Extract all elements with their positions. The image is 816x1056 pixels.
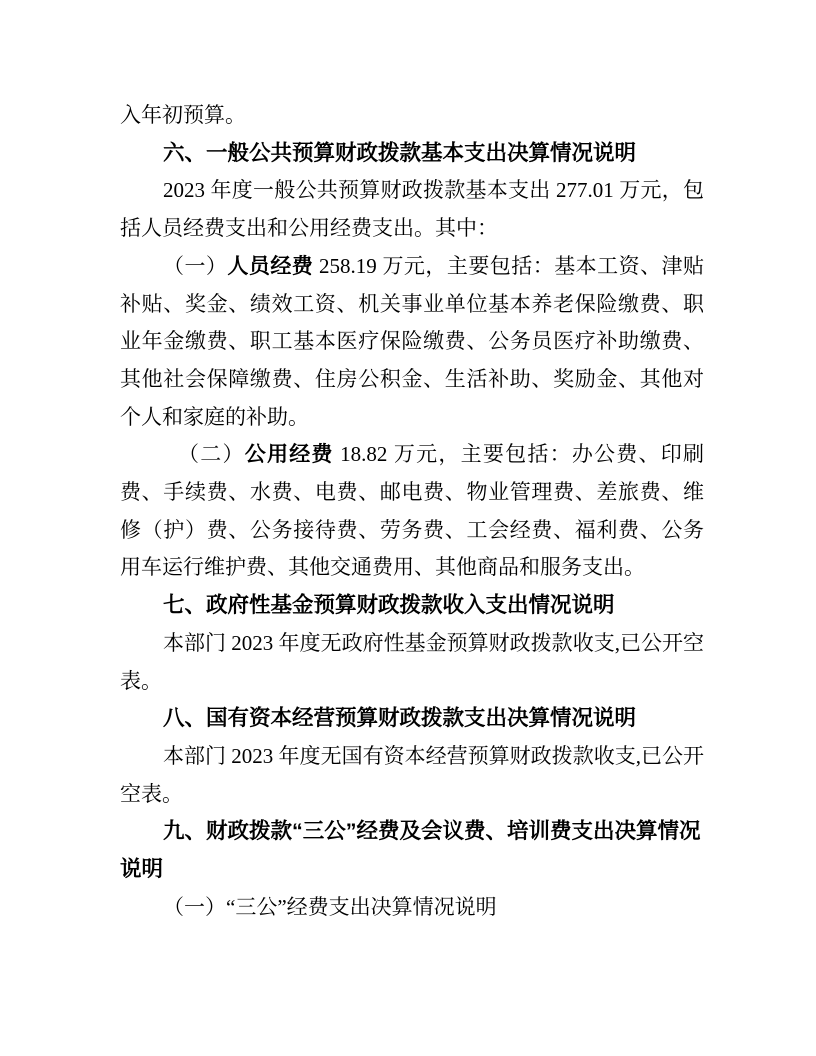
paragraph-public-funds: （二）公用经费 18.82 万元，主要包括：办公费、印刷费、手续费、水费、电费、… [120,436,704,587]
paragraph-personnel-funds: （一）人员经费 258.19 万元，主要包括：基本工资、津贴补贴、奖金、绩效工资… [120,248,704,437]
heading-section-eight-state-capital: 八、国有资本经营预算财政拨款支出决算情况说明 [120,700,704,738]
paragraph-gov-fund-none: 本部门 2023 年度无政府性基金预算财政拨款收支,已公开空表。 [120,625,704,700]
paragraph-state-capital-none: 本部门 2023 年度无国有资本经营预算财政拨款收支,已公开空表。 [120,738,704,813]
heading-section-six-basic-expenditure: 六、一般公共预算财政拨款基本支出决算情况说明 [120,135,704,173]
paragraph-basic-expenditure-total: 2023 年度一般公共预算财政拨款基本支出 277.01 万元，包括人员经费支出… [120,172,704,247]
heading-section-nine-sangong: 九、财政拨款“三公”经费及会议费、培训费支出决算情况 说明 [120,813,704,888]
paragraph-sangong-subheading: （一）“三公”经费支出决算情况说明 [120,889,704,927]
document-content: 入年初预算。 六、一般公共预算财政拨款基本支出决算情况说明 2023 年度一般公… [120,97,704,926]
heading-section-seven-gov-fund: 七、政府性基金预算财政拨款收入支出情况说明 [120,587,704,625]
personnel-funds-lead: （一） [163,254,227,278]
public-funds-term: 公用经费 [245,442,334,466]
public-funds-lead: （二） [178,442,245,466]
paragraph-carryover-tail: 入年初预算。 [120,97,704,135]
document-page: 入年初预算。 六、一般公共预算财政拨款基本支出决算情况说明 2023 年度一般公… [0,0,816,1056]
personnel-funds-term: 人员经费 [227,254,313,278]
personnel-funds-detail: 258.19 万元，主要包括：基本工资、津贴补贴、奖金、绩效工资、机关事业单位基… [120,254,704,429]
